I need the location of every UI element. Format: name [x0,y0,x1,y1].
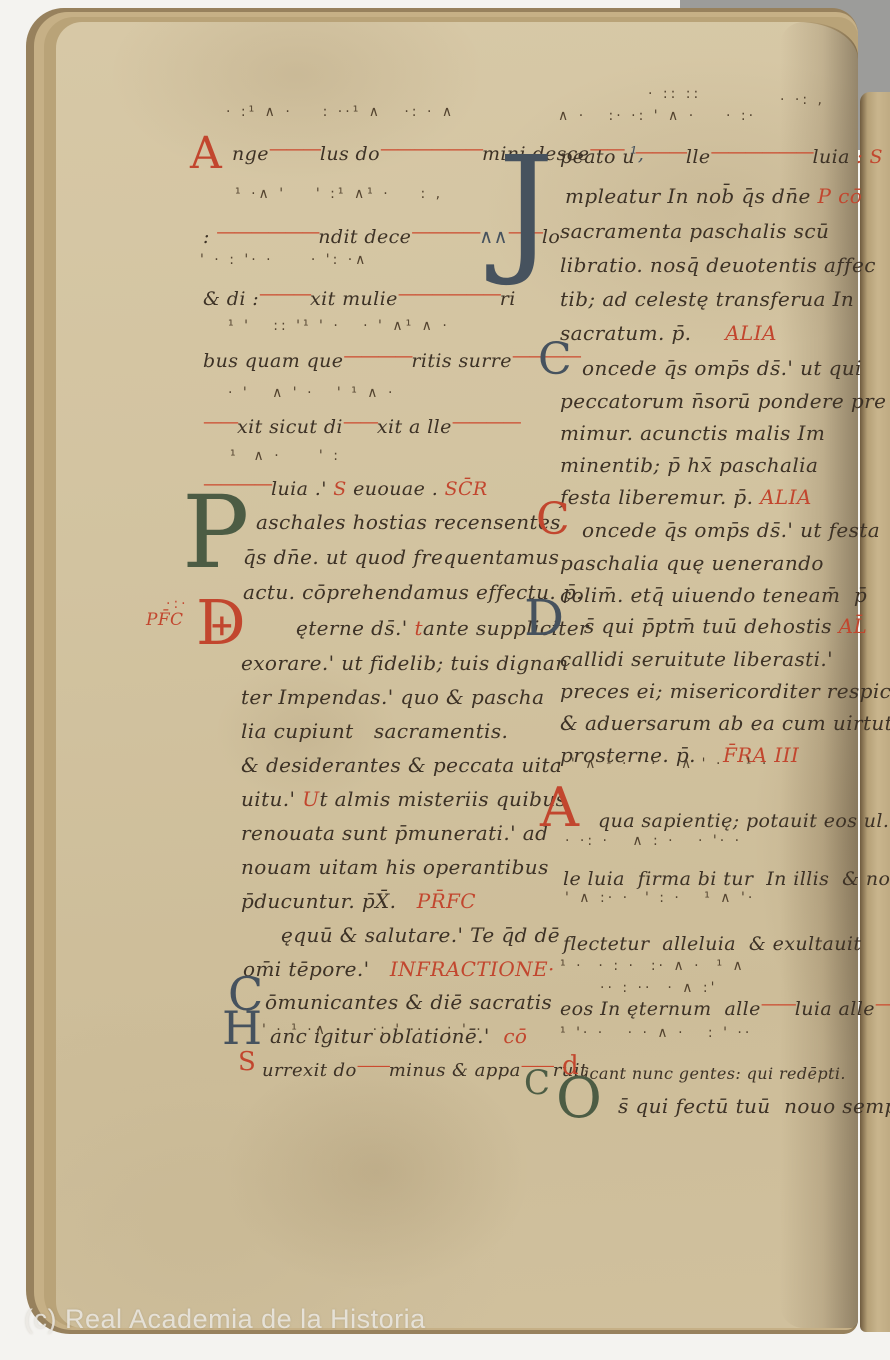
text-segment: lle [686,146,711,168]
neume-row: · ' ∧ ¹ · ' · ∧ ' · ¹ · [556,756,769,772]
neume-row: ' · ¹ ·∧ ·, ·: ' ·· : ' · [262,1022,484,1038]
text-segment: preces ei; misericorditer respice. [560,679,890,703]
text-segment: minus & appa [389,1060,521,1081]
text-line: peccatorum n̄sorū pondere pre [560,389,886,413]
text-segment: —— [761,993,795,1015]
text-segment: —— [875,993,890,1015]
text-segment: bus quam que [203,350,343,372]
text-segment: aschales hostias recensentes [256,510,561,534]
text-segment: qua sapientię; potauit eos ul. [598,810,889,832]
text-segment: & aduersarum ab ea cum uirtute [560,711,890,735]
text-segment: eos In ęternum [560,998,724,1020]
text-line: preces ei; misericorditer respice. [560,679,890,703]
initial-glyph: P [182,474,249,591]
text-line: sacratum. p̄. ALIA [560,321,777,345]
text-segment: : S euouae [856,146,890,168]
neume-row: ¹ '· · · · ∧ · : ' ·· [560,1025,752,1041]
text-segment: & di : [203,288,259,310]
text-segment: ——— [635,141,686,163]
text-segment: ———— [452,411,520,433]
text-line: eos In ęternum alle——luia alle——luia [560,998,890,1020]
text-line: lia cupiunt sacramentis. [241,719,508,743]
text-line: ——xit sicut di——xit a lle———— [203,416,520,438]
text-segment: luia [795,998,839,1020]
text-segment: alle [724,998,760,1020]
text-segment: xit mulie [310,288,398,310]
copyright-watermark: (c) Real Academia de la Historia [24,1304,426,1335]
text-segment: PF̄C [146,610,183,630]
illuminated-initial: C [524,1070,550,1098]
illuminated-initial: D [524,598,564,639]
text-line: festa liberemur. p̄. ALIA [560,485,812,509]
text-segment: INFRACTIONE· [390,957,555,981]
text-segment: renouata sunt p̄munerati.' ad [241,821,548,845]
text-segment: peccatorum n̄sorū pondere pre [560,389,886,413]
text-segment: ———— [411,221,479,243]
text-segment: ndit dece [318,226,411,248]
text-segment: festa liberemur. p̄. [560,485,760,509]
text-line: s̄ qui p̄ptm̄ tuū dehostis AL̄ [584,614,867,638]
neume-row: ∧ · :· ·: ' ∧ · · :· [558,108,756,124]
text-segment: sacramenta paschalis scū [560,219,829,243]
cross-icon: + [209,614,234,638]
text-segment: ———— [343,345,411,367]
text-segment: oncede q̄s omp̄s ds̄.' ut festa [582,518,880,542]
text-segment: urrexit do [262,1060,357,1081]
text-line: q̄s dn̄e. ut quod frequentamus [243,545,559,569]
text-line: aschales hostias recensentes [256,510,561,534]
initial-glyph: C [536,494,570,545]
text-line: flectetur alleluia & exultauit [563,933,861,955]
text-line: ter Impendas.' quo & pascha [241,685,544,709]
text-segment: colim̄. etq̄ uiuendo teneam̄ p̄ [560,583,867,607]
neume-row: · :: :: [648,86,701,102]
text-line: & desiderantes & peccata uita [241,753,562,777]
text-segment: p̄ducuntur. p̄X̄. [241,889,417,913]
text-line: mimur. acunctis malis Im [560,421,825,445]
text-segment: flectetur alleluia & exultauit [563,933,861,955]
text-line: renouata sunt p̄munerati.' ad [241,821,548,845]
text-segment: —— [343,411,377,433]
text-segment: t [414,616,422,640]
text-segment: om̄i tēpore.' [243,957,390,981]
text-segment: oncede q̄s omp̄s ds̄.' ut qui [582,356,862,380]
text-line: bus quam que————ritis surre———— [203,350,580,372]
text-segment: —— [357,1055,389,1076]
text-segment: uitu.' [241,787,302,811]
text-segment: ōmunicantes & diē sacratis [265,990,552,1014]
text-line: nouam uitam his operantibus [241,855,549,879]
text-segment: —— [203,411,237,433]
text-segment: icant nunc gentes: qui redēpti. [584,1064,846,1083]
text-line: & di :———xit mulie——————ri [203,288,516,310]
text-segment: q̄s dn̄e. ut quod frequentamus [243,545,559,569]
text-segment: s̄ qui p̄ptm̄ tuū dehostis [584,614,839,638]
initial-glyph: D [524,589,564,647]
illuminated-initial: O [556,1076,602,1122]
text-segment: P cō [817,184,862,208]
text-line: PF̄C [146,610,183,630]
text-segment: lia cupiunt sacramentis. [241,719,508,743]
text-line: qua sapientię; potauit eos ul. [598,810,889,832]
neume-row: ¹ ∧ · ' : [230,448,341,464]
text-segment: sacratum. p̄. [560,321,725,345]
illuminated-initial: S [238,1052,256,1073]
text-line: mpleatur In nob̄ q̄s dn̄e P cō [565,184,862,208]
text-segment: U [302,787,319,811]
text-segment: mimur. acunctis malis Im [560,421,825,445]
text-line: s̄ qui fectū tuū nouo semp̄ [618,1094,890,1118]
text-line: callidi seruitute liberasti.' [560,647,833,671]
text-line: ęquū & salutare.' Te q̄d dē [281,923,560,947]
text-segment: euouae . [347,478,445,500]
text-line: & aduersarum ab ea cum uirtute [560,711,890,735]
text-segment: : [203,226,216,248]
text-segment: nge [232,143,269,165]
text-segment: —————— [380,138,482,160]
text-segment: SC̄R [445,478,488,500]
text-segment: s̄ qui fectū tuū nouo semp̄ [618,1094,890,1118]
illuminated-initial: C [536,502,570,538]
text-line: ōmunicantes & diē sacratis [265,990,552,1014]
text-segment: peato u [560,146,635,168]
initial-glyph: C [524,1063,550,1103]
initial-glyph: A [190,128,222,179]
text-segment: —————— [711,141,813,163]
text-line: minentib; p̄ hx̄ paschalia [560,453,818,477]
text-segment: xit sicut di [237,416,343,438]
text-line: sacramenta paschalis scū [560,219,829,243]
text-segment: ALIA [760,485,812,509]
illuminated-initial: A [540,786,579,830]
illuminated-initial: A [190,136,222,172]
text-line: oncede q̄s omp̄s ds̄.' ut qui [582,356,862,380]
text-segment: ——— [269,138,320,160]
illuminated-initial: P [182,492,249,574]
text-line: om̄i tēpore.' INFRACTIONE· [243,957,555,981]
text-segment: exorare.' ut fidelib; tuis dignan [241,651,568,675]
text-segment: AL̄ [839,614,868,638]
text-line: le luia firma bi tur In illis & non [563,868,890,890]
neume-row: ¹ ·∧ ' ' :¹ ∧¹ · : , [235,186,443,202]
text-segment: ter Impendas.' quo & pascha [241,685,544,709]
text-segment: & desiderantes & peccata uita [241,753,562,777]
text-segment: libratio. nosq̄ deuotentis affec [560,253,876,277]
text-segment: —————— [398,283,500,305]
neume-row: ¹ · · : · :· ∧ · ¹ ∧ [560,958,746,974]
text-segment: mpleatur In nob̄ q̄s dn̄e [565,184,817,208]
initial-glyph: C [538,334,572,385]
text-line: oncede q̄s omp̄s ds̄.' ut festa [582,518,880,542]
text-segment: PR̄FC [417,889,476,913]
neume-row: ¹ ' :: '¹ ' · · ' ∧¹ ∧ · [228,318,450,334]
initial-glyph: S [238,1047,256,1077]
text-segment: alle [839,998,875,1020]
text-segment: tib; ad celestę transferua In [560,287,854,311]
text-segment: ritis surre [411,350,511,372]
text-line: tib; ad celestę transferua In [560,287,854,311]
text-segment: ALIA [725,321,777,345]
neume-row: · ·: · ∧ : · · '· · [565,833,742,849]
text-segment: cō [503,1024,527,1048]
illuminated-initial: J [498,152,554,267]
manuscript-content: · :¹ ∧ · : ··¹ ∧ ·: · ∧· :: ::· ·: ,∧ · … [0,0,890,1360]
neume-row: ·· : ·· · ∧ :' [600,980,717,996]
neume-row: · ' ∧ ' · ' ¹ ∧ · [228,385,395,401]
text-segment: callidi seruitute liberasti.' [560,647,833,671]
illuminated-initial: C [538,342,572,378]
text-line: paschalia quę uenerando [560,551,824,575]
text-segment: ——— [259,283,310,305]
neume-row: ' · : '· · · ': ·∧ [200,252,368,268]
text-segment: —————— [216,221,318,243]
text-segment: nouam uitam his operantibus [241,855,549,879]
text-segment: xit a lle [377,416,452,438]
text-line: colim̄. etq̄ uiuendo teneam̄ p̄ [560,583,867,607]
illuminated-initial: D+ [196,598,246,649]
text-segment: ęquū & salutare.' Te q̄d dē [281,923,560,947]
text-segment: ęterne ds̄.' [296,616,414,640]
text-line: peato u———lle——————luia : S euouae [560,146,890,168]
text-segment: paschalia quę uenerando [560,551,824,575]
text-segment: luia .' [271,478,333,500]
text-line: libratio. nosq̄ deuotentis affec [560,253,876,277]
text-segment: le luia firma bi tur In illis & non [563,868,890,890]
text-line: exorare.' ut fidelib; tuis dignan [241,651,568,675]
text-line: p̄ducuntur. p̄X̄. PR̄FC [241,889,476,913]
text-segment: t almis misteriis quibus [319,787,566,811]
initial-glyph: A [540,776,579,839]
text-segment: luia [813,146,857,168]
illuminated-initial: H [222,1010,262,1048]
text-segment: ri [500,288,516,310]
text-segment: S [333,478,346,500]
text-segment: minentib; p̄ hx̄ paschalia [560,453,818,477]
text-line: icant nunc gentes: qui redēpti. [584,1064,846,1083]
text-line: uitu.' Ut almis misteriis quibus [241,787,566,811]
neume-row: · ·: , [780,92,825,108]
initial-glyph: J [498,127,554,290]
text-segment: lus do [320,143,380,165]
neume-row: ' ∧ :· · ' : · ¹ ∧ '· [565,890,755,906]
neume-row: · :¹ ∧ · : ··¹ ∧ ·: · ∧ [226,104,455,120]
initial-glyph: O [556,1066,602,1131]
